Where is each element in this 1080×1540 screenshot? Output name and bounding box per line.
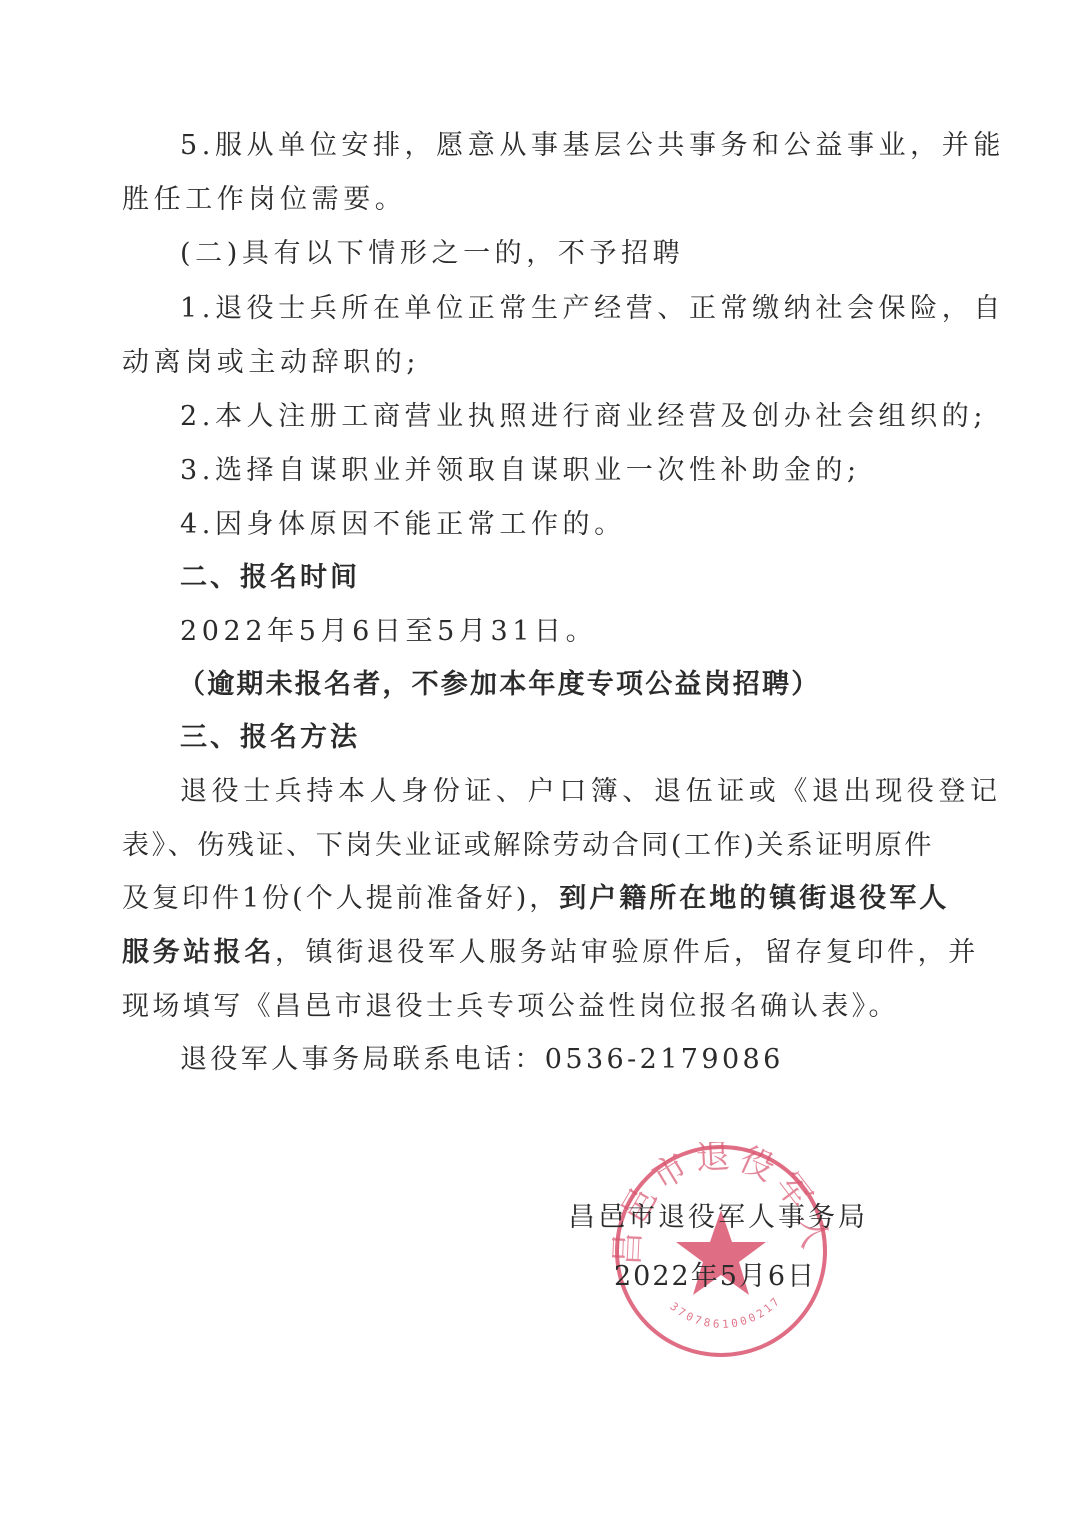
exclusion-item-1-line1: 1.退役士兵所在单位正常生产经营、正常缴纳社会保险，自 bbox=[180, 291, 1005, 327]
method-line-3: 及复印件1份(个人提前准备好)，到户籍所在地的镇街退役军人 bbox=[122, 881, 949, 917]
method-line-4: 服务站报名，镇街退役军人服务站审验原件后，留存复印件，并 bbox=[122, 935, 979, 971]
exclusion-item-4: 4.因身体原因不能正常工作的。 bbox=[180, 507, 626, 543]
method-line-2: 表》、伤残证、下岗失业证或解除劳动合同(工作)关系证明原件 bbox=[122, 828, 934, 864]
paragraph-item-5-line1: 5.服从单位安排，愿意从事基层公共事务和公益事业，并能 bbox=[180, 128, 1005, 164]
method-line-4-bold: 服务站报名 bbox=[122, 937, 275, 968]
paragraph-item-5-line2: 胜任工作岗位需要。 bbox=[122, 182, 406, 218]
method-line-5: 现场填写《昌邑市退役士兵专项公益性岗位报名确认表》。 bbox=[122, 989, 899, 1025]
method-line-3-regular: 及复印件1份(个人提前准备好)， bbox=[122, 883, 559, 914]
method-line-4-regular: ，镇街退役军人服务站审验原件后，留存复印件，并 bbox=[275, 937, 979, 968]
exclusion-item-3: 3.选择自谋职业并领取自谋职业一次性补助金的; bbox=[180, 453, 861, 489]
contact-phone: 退役军人事务局联系电话：0536-2179086 bbox=[180, 1042, 784, 1078]
section-heading-registration-time: 二、报名时间 bbox=[180, 560, 360, 596]
late-registration-note: （逾期未报名者，不参加本年度专项公益岗招聘） bbox=[178, 667, 820, 703]
document-page: 5.服从单位安排，愿意从事基层公共事务和公益事业，并能 胜任工作岗位需要。 (二… bbox=[0, 0, 1080, 1540]
registration-date-range: 2022年5月6日至5月31日。 bbox=[180, 614, 597, 650]
subheading-exclusions: (二)具有以下情形之一的，不予招聘 bbox=[180, 236, 684, 272]
issuer-name: 昌邑市退役军人事务局 bbox=[568, 1200, 868, 1236]
exclusion-item-2: 2.本人注册工商营业执照进行商业经营及创办社会组织的; bbox=[180, 399, 987, 435]
issue-date: 2022年5月6日 bbox=[614, 1259, 816, 1295]
section-heading-registration-method: 三、报名方法 bbox=[180, 720, 360, 756]
svg-text:3707861000217: 3707861000217 bbox=[668, 1293, 784, 1331]
method-line-1: 退役士兵持本人身份证、户口簿、退伍证或《退出现役登记 bbox=[180, 774, 1002, 810]
official-seal-icon: 昌邑市退役军人事务局 3707861000217 bbox=[612, 1142, 830, 1360]
method-line-3-bold: 到户籍所在地的镇街退役军人 bbox=[559, 883, 949, 914]
exclusion-item-1-line2: 动离岗或主动辞职的; bbox=[122, 345, 420, 381]
